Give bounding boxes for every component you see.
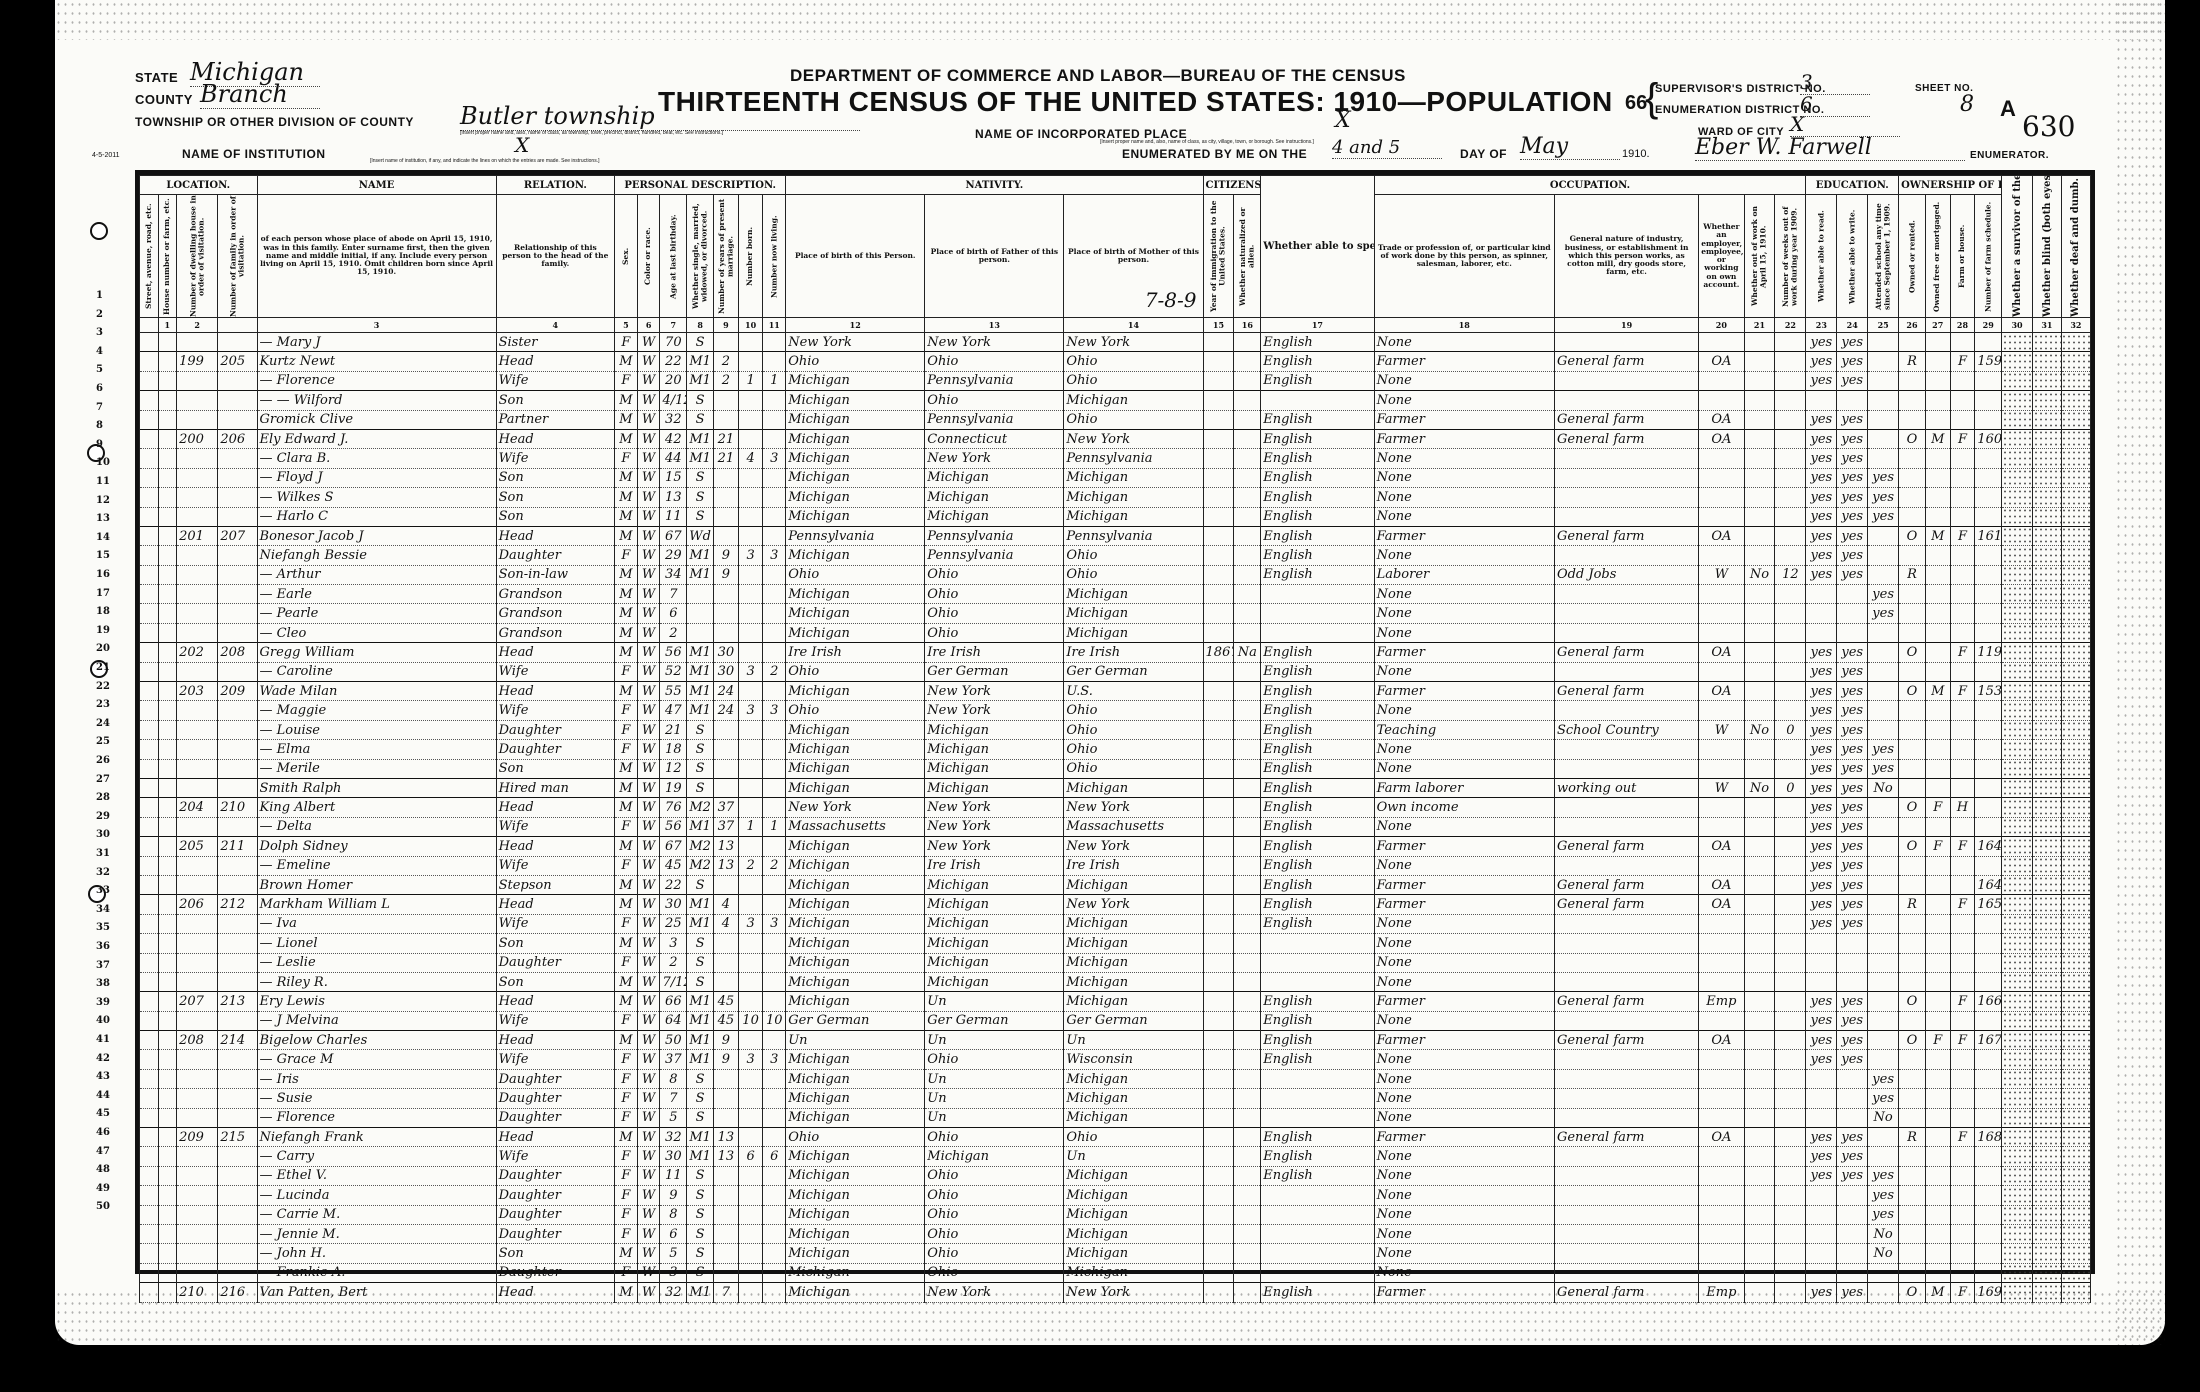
cell-race: W (637, 817, 660, 836)
cell-read (1806, 585, 1837, 604)
table-row: — Frankie A.DaughterFW3SMichiganOhioMich… (140, 1263, 2091, 1282)
cell-farm-schedule (1975, 507, 2002, 526)
line-number: 4 (96, 346, 103, 357)
cell-deaf (2061, 1108, 2090, 1127)
cell-class-of-worker (1699, 759, 1744, 778)
cell-blind (2033, 1283, 2062, 1302)
cell-write (1837, 953, 1868, 972)
cell-language: English (1261, 720, 1374, 739)
cell-children-living (763, 1108, 786, 1127)
enumerator-label: Enumerator. (1970, 150, 2049, 161)
cell-industry: General farm (1554, 1031, 1698, 1050)
cell-farm-schedule (1975, 1089, 2002, 1108)
col-owned-rented: Owned or rented. (1899, 195, 1926, 318)
cell-farm-house (1950, 565, 1975, 584)
col-civil-war: Whether a survivor of the Union or Confe… (2002, 176, 2033, 318)
cell-naturalized (1234, 488, 1261, 507)
cell-name: — — Wilford (257, 391, 496, 410)
cell-name: — Florence (257, 1108, 496, 1127)
group-location: LOCATION. (140, 176, 258, 195)
cell-weeks-out (1775, 1205, 1806, 1224)
cell-out-of-work (1744, 759, 1775, 778)
cell-immigration (1203, 585, 1234, 604)
cell-dwelling (177, 488, 218, 507)
cell-out-of-work (1744, 875, 1775, 894)
cell-children-living (763, 1089, 786, 1108)
cell-weeks-out (1775, 333, 1806, 352)
cell-farm-schedule (1975, 914, 2002, 933)
cell-write: yes (1837, 662, 1868, 681)
table-row: Brown HomerStepsonMW22SMichiganMichiganM… (140, 875, 2091, 894)
line-number: 50 (96, 1201, 110, 1212)
group-personal: PERSONAL DESCRIPTION. (615, 176, 786, 195)
cell-weeks-out (1775, 1166, 1806, 1185)
line-number: 26 (96, 755, 110, 766)
cell-house (158, 1108, 177, 1127)
cell-immigration (1203, 740, 1234, 759)
cell-free-mortgaged (1925, 1147, 1950, 1166)
cell-industry: General farm (1554, 410, 1698, 429)
cell-weeks-out (1775, 1244, 1806, 1263)
cell-school (1868, 1283, 1899, 1302)
cell-out-of-work (1744, 914, 1775, 933)
cell-out-of-work (1744, 837, 1775, 856)
cell-children-living (763, 507, 786, 526)
cell-farm-house (1950, 972, 1975, 991)
cell-weeks-out (1775, 429, 1806, 448)
cell-house (158, 992, 177, 1011)
cell-birth-person: Ohio (786, 565, 925, 584)
cell-blind (2033, 837, 2062, 856)
cell-industry (1554, 546, 1698, 565)
cell-street (140, 546, 159, 565)
cell-deaf (2061, 1166, 2090, 1185)
cell-street (140, 1147, 159, 1166)
table-row: — LeslieDaughterFW2SMichiganMichiganMich… (140, 953, 2091, 972)
cell-immigration (1203, 720, 1234, 739)
cell-farm-schedule (1975, 1069, 2002, 1088)
cell-children-living (763, 875, 786, 894)
cell-free-mortgaged (1925, 333, 1950, 352)
cell-relation: Head (496, 526, 615, 545)
cell-family (218, 1263, 257, 1282)
cell-read: yes (1806, 856, 1837, 875)
cell-farm-schedule (1975, 720, 2002, 739)
cell-relation: Daughter (496, 720, 615, 739)
year-value: 1910. (1622, 148, 1650, 160)
cell-children-born: 1 (738, 817, 763, 836)
cell-street (140, 352, 159, 371)
cell-name: — Jennie M. (257, 1224, 496, 1243)
cell-family: 216 (218, 1283, 257, 1302)
cell-race: W (637, 972, 660, 991)
cell-marital: S (687, 468, 714, 487)
cell-owned-rented (1899, 468, 1926, 487)
cell-write (1837, 1069, 1868, 1088)
cell-marital: S (687, 740, 714, 759)
cell-farm-house: F (1950, 682, 1975, 701)
cell-children-living (763, 1283, 786, 1302)
cell-industry (1554, 371, 1698, 390)
cell-farm-schedule (1975, 740, 2002, 759)
cell-birth-father: Ohio (925, 1224, 1064, 1243)
cell-house (158, 604, 177, 623)
cell-street (140, 1283, 159, 1302)
cell-family (218, 778, 257, 797)
cell-read: yes (1806, 875, 1837, 894)
cell-children-living (763, 953, 786, 972)
cell-owned-rented (1899, 972, 1926, 991)
cell-birth-father: Ohio (925, 1186, 1064, 1205)
cell-free-mortgaged (1925, 1205, 1950, 1224)
cell-blind (2033, 1205, 2062, 1224)
cell-industry (1554, 1244, 1698, 1263)
cell-family (218, 875, 257, 894)
cell-write: yes (1837, 720, 1868, 739)
cell-immigration (1203, 1244, 1234, 1263)
cell-relation: Wife (496, 1011, 615, 1030)
cell-birth-mother: Ohio (1064, 1128, 1203, 1147)
cell-trade: None (1374, 585, 1554, 604)
column-number: 14 (1064, 318, 1203, 333)
cell-farm-schedule: 164 (1975, 875, 2002, 894)
cell-birth-mother: Michigan (1064, 1186, 1203, 1205)
cell-house (158, 701, 177, 720)
cell-free-mortgaged (1925, 662, 1950, 681)
cell-language: English (1261, 333, 1374, 352)
cell-weeks-out: 12 (1775, 565, 1806, 584)
cell-naturalized (1234, 778, 1261, 797)
sheet-number: 8 (1960, 92, 1974, 117)
cell-language (1261, 604, 1374, 623)
table-row: 209215Niefangh FrankHeadMW32M113OhioOhio… (140, 1128, 2091, 1147)
cell-street (140, 507, 159, 526)
cell-race: W (637, 720, 660, 739)
line-number: 24 (96, 718, 110, 729)
cell-blind (2033, 1050, 2062, 1069)
cell-dwelling (177, 1186, 218, 1205)
cell-free-mortgaged (1925, 1186, 1950, 1205)
cell-immigration (1203, 1050, 1234, 1069)
cell-weeks-out (1775, 410, 1806, 429)
cell-relation: Wife (496, 449, 615, 468)
col-birth-person: Place of birth of this Person. (786, 195, 925, 318)
cell-dwelling (177, 546, 218, 565)
cell-marital: M1 (687, 895, 714, 914)
cell-years-married (714, 1263, 739, 1282)
cell-years-married: 4 (714, 895, 739, 914)
cell-birth-father: Ohio (925, 1244, 1064, 1263)
cell-civil-war (2002, 682, 2033, 701)
cell-race: W (637, 1283, 660, 1302)
cell-relation: Wife (496, 856, 615, 875)
cell-industry: General farm (1554, 643, 1698, 662)
cell-children-born (738, 410, 763, 429)
cell-weeks-out: 0 (1775, 778, 1806, 797)
cell-name: Smith Ralph (257, 778, 496, 797)
cell-children-born (738, 992, 763, 1011)
cell-children-born: 3 (738, 701, 763, 720)
cell-marital: M2 (687, 798, 714, 817)
cell-name: — Mary J (257, 333, 496, 352)
cell-school (1868, 391, 1899, 410)
cell-family: 213 (218, 992, 257, 1011)
column-number (140, 318, 159, 333)
cell-age: 32 (660, 1283, 687, 1302)
cell-dwelling (177, 565, 218, 584)
cell-owned-rented (1899, 410, 1926, 429)
cell-owned-rented: O (1899, 798, 1926, 817)
cell-industry (1554, 468, 1698, 487)
cell-children-living: 2 (763, 662, 786, 681)
cell-blind (2033, 1166, 2062, 1185)
cell-years-married (714, 740, 739, 759)
cell-house (158, 778, 177, 797)
cell-children-born (738, 585, 763, 604)
cell-birth-mother: Ohio (1064, 352, 1203, 371)
cell-industry (1554, 953, 1698, 972)
cell-read: yes (1806, 817, 1837, 836)
column-number: 10 (738, 318, 763, 333)
cell-civil-war (2002, 585, 2033, 604)
column-number: 30 (2002, 318, 2033, 333)
cell-children-living (763, 565, 786, 584)
table-row: 205211Dolph SidneyHeadMW67M213MichiganNe… (140, 837, 2091, 856)
cell-children-born (738, 643, 763, 662)
cell-farm-house (1950, 604, 1975, 623)
cell-race: W (637, 1108, 660, 1127)
cell-blind (2033, 1263, 2062, 1282)
cell-race: W (637, 701, 660, 720)
cell-civil-war (2002, 410, 2033, 429)
cell-name: — Clara B. (257, 449, 496, 468)
cell-free-mortgaged (1925, 623, 1950, 642)
cell-civil-war (2002, 972, 2033, 991)
cell-house (158, 1224, 177, 1243)
cell-trade: None (1374, 1263, 1554, 1282)
cell-school (1868, 1011, 1899, 1030)
column-number: 31 (2033, 318, 2062, 333)
cell-write: yes (1837, 565, 1868, 584)
cell-relation: Grandson (496, 585, 615, 604)
cell-birth-father: Ohio (925, 352, 1064, 371)
cell-out-of-work (1744, 1011, 1775, 1030)
cell-industry: General farm (1554, 837, 1698, 856)
cell-street (140, 720, 159, 739)
cell-birth-mother: Michigan (1064, 604, 1203, 623)
cell-school (1868, 875, 1899, 894)
cell-language: English (1261, 1283, 1374, 1302)
cell-school: No (1868, 778, 1899, 797)
cell-deaf (2061, 1147, 2090, 1166)
cell-read (1806, 391, 1837, 410)
cell-free-mortgaged (1925, 934, 1950, 953)
cell-children-born (738, 1069, 763, 1088)
cell-farm-schedule (1975, 546, 2002, 565)
cell-years-married: 9 (714, 1050, 739, 1069)
cell-industry (1554, 934, 1698, 953)
cell-blind (2033, 817, 2062, 836)
cell-class-of-worker: OA (1699, 526, 1744, 545)
cell-class-of-worker (1699, 585, 1744, 604)
cell-deaf (2061, 371, 2090, 390)
cell-race: W (637, 875, 660, 894)
cell-weeks-out (1775, 643, 1806, 662)
cell-sex: F (615, 817, 638, 836)
cell-school (1868, 1031, 1899, 1050)
cell-language: English (1261, 914, 1374, 933)
cell-birth-mother: Michigan (1064, 1205, 1203, 1224)
cell-trade: None (1374, 1147, 1554, 1166)
line-number: 31 (96, 848, 110, 859)
cell-birth-father: Ohio (925, 565, 1064, 584)
cell-relation: Wife (496, 1050, 615, 1069)
cell-marital: M1 (687, 1050, 714, 1069)
cell-dwelling: 203 (177, 682, 218, 701)
cell-street (140, 1011, 159, 1030)
cell-birth-mother: Pennsylvania (1064, 526, 1203, 545)
cell-write: yes (1837, 992, 1868, 1011)
cell-naturalized (1234, 604, 1261, 623)
cell-birth-mother: Michigan (1064, 391, 1203, 410)
cell-blind (2033, 1108, 2062, 1127)
cell-out-of-work (1744, 526, 1775, 545)
column-number: 4 (496, 318, 615, 333)
cell-marital: M1 (687, 1128, 714, 1147)
col-birth-mother: Place of birth of Mother of this person.… (1064, 195, 1203, 318)
cell-children-born (738, 1031, 763, 1050)
cell-deaf (2061, 1089, 2090, 1108)
census-table: LOCATION. NAME RELATION. PERSONAL DESCRI… (135, 170, 2095, 1274)
cell-deaf (2061, 449, 2090, 468)
cell-school (1868, 682, 1899, 701)
cell-free-mortgaged (1925, 1166, 1950, 1185)
cell-language: English (1261, 740, 1374, 759)
cell-birth-mother: New York (1064, 429, 1203, 448)
cell-family (218, 507, 257, 526)
cell-birth-mother: Ohio (1064, 565, 1203, 584)
cell-street (140, 1108, 159, 1127)
cell-farm-house (1950, 546, 1975, 565)
cell-owned-rented (1899, 1147, 1926, 1166)
cell-farm-house (1950, 1108, 1975, 1127)
cell-blind (2033, 720, 2062, 739)
col-children-living: Number now living. (763, 195, 786, 318)
cell-free-mortgaged (1925, 585, 1950, 604)
cell-read (1806, 1186, 1837, 1205)
cell-trade: Farmer (1374, 992, 1554, 1011)
cell-birth-person: Michigan (786, 585, 925, 604)
line-number: 14 (96, 532, 110, 543)
cell-write: yes (1837, 875, 1868, 894)
group-occupation: OCCUPATION. (1374, 176, 1806, 195)
cell-blind (2033, 1089, 2062, 1108)
cell-trade: Farmer (1374, 1128, 1554, 1147)
cell-birth-father: Pennsylvania (925, 526, 1064, 545)
cell-write (1837, 604, 1868, 623)
cell-family (218, 488, 257, 507)
cell-immigration: 1867 (1203, 643, 1234, 662)
cell-children-living: 6 (763, 1147, 786, 1166)
cell-class-of-worker (1699, 507, 1744, 526)
incorporated-note: [Insert proper name and, also, name of c… (1100, 139, 1314, 145)
table-row: — LionelSonMW3SMichiganMichiganMichiganN… (140, 934, 2091, 953)
cell-trade: None (1374, 662, 1554, 681)
cell-dwelling (177, 701, 218, 720)
cell-age: 15 (660, 468, 687, 487)
cell-house (158, 1128, 177, 1147)
cell-sex: M (615, 1031, 638, 1050)
cell-civil-war (2002, 1069, 2033, 1088)
cell-birth-mother: Ger German (1064, 662, 1203, 681)
cell-birth-person: Michigan (786, 468, 925, 487)
cell-marital: M1 (687, 643, 714, 662)
cell-farm-house (1950, 914, 1975, 933)
cell-farm-schedule (1975, 798, 2002, 817)
col-name: of each person whose place of abode on A… (257, 195, 496, 318)
cell-school (1868, 526, 1899, 545)
cell-house (158, 488, 177, 507)
cell-free-mortgaged (1925, 1089, 1950, 1108)
cell-birth-person: Michigan (786, 914, 925, 933)
cell-relation: Wife (496, 662, 615, 681)
cell-read (1806, 1224, 1837, 1243)
cell-birth-mother: Michigan (1064, 992, 1203, 1011)
cell-birth-mother: Ohio (1064, 740, 1203, 759)
column-number: 9 (714, 318, 739, 333)
cell-children-born: 4 (738, 449, 763, 468)
cell-trade: None (1374, 604, 1554, 623)
line-number: 28 (96, 792, 110, 803)
cell-trade: Farmer (1374, 682, 1554, 701)
cell-birth-father: Michigan (925, 934, 1064, 953)
cell-sex: F (615, 720, 638, 739)
county-label: County (135, 92, 193, 107)
column-number: 1 (158, 318, 177, 333)
cell-years-married (714, 1089, 739, 1108)
cell-age: 2 (660, 623, 687, 642)
column-number: 20 (1699, 318, 1744, 333)
cell-street (140, 1166, 159, 1185)
cell-birth-father: New York (925, 837, 1064, 856)
cell-dwelling (177, 934, 218, 953)
cell-birth-person: Michigan (786, 682, 925, 701)
cell-dwelling (177, 914, 218, 933)
cell-dwelling (177, 1089, 218, 1108)
cell-out-of-work (1744, 1244, 1775, 1263)
cell-blind (2033, 778, 2062, 797)
group-citizenship: CITIZENSHIP. (1203, 176, 1261, 195)
day-of-label: day of (1460, 147, 1507, 161)
cell-write: yes (1837, 546, 1868, 565)
cell-class-of-worker (1699, 333, 1744, 352)
cell-race: W (637, 643, 660, 662)
cell-birth-person: Un (786, 1031, 925, 1050)
cell-free-mortgaged (1925, 1050, 1950, 1069)
table-row: — PearleGrandsonMW6MichiganOhioMichiganN… (140, 604, 2091, 623)
cell-industry (1554, 972, 1698, 991)
cell-birth-person: Michigan (786, 875, 925, 894)
cell-out-of-work (1744, 333, 1775, 352)
cell-family (218, 391, 257, 410)
cell-farm-house: F (1950, 992, 1975, 1011)
cell-years-married (714, 953, 739, 972)
line-number: 38 (96, 978, 110, 989)
cell-blind (2033, 875, 2062, 894)
cell-naturalized (1234, 371, 1261, 390)
cell-deaf (2061, 643, 2090, 662)
cell-read: yes (1806, 333, 1837, 352)
